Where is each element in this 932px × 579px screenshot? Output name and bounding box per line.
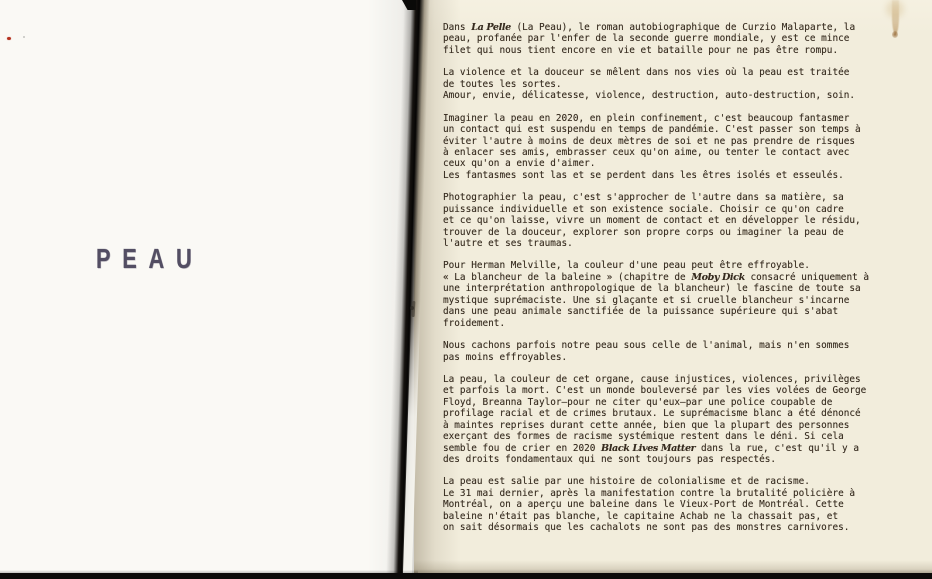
text-line: Dans La Pelle (La Peau), le roman autobi… [443,22,903,33]
paragraph: Imaginer la peau en 2020, en plein confi… [443,113,903,182]
text-line: Nous cachons parfois notre peau sous cel… [443,340,903,351]
paragraph: Nous cachons parfois notre peau sous cel… [443,340,903,363]
text-line: froidement. [443,318,903,329]
text-line: Les fantasmes sont las et se perdent dan… [443,170,903,181]
paragraph: Dans La Pelle (La Peau), le roman autobi… [443,22,903,56]
text-line: Imaginer la peau en 2020, en plein confi… [443,113,903,124]
page-title-stamp: PEAU [96,245,203,273]
page-curl-shadow [414,560,932,573]
text-line: peau, profanée par l'enfer de la seconde… [443,33,903,44]
binding-stitch-knot [410,306,414,310]
gray-speck [23,36,25,38]
text-line: semble fou de crier en 2020 Black Lives … [443,443,903,454]
text-line: on sait désormais que les cachalots ne s… [443,522,903,533]
text-line: à maintes reprises durant cette année, b… [443,420,903,431]
paragraph: La peau est salie par une histoire de co… [443,476,903,533]
paragraph: Pour Herman Melville, la couleur d'une p… [443,260,903,329]
scan-background-edge [0,573,932,579]
text-line: puissance individuelle et son existence … [443,204,903,215]
text-line: exerçant des formes de racisme systémiqu… [443,431,903,442]
text-line: à enlacer ses amis, embrasser ceux qu'on… [443,147,903,158]
text-line: La violence et la douceur se mêlent dans… [443,67,903,78]
text-line: des droits fondamentaux qui ne sont touj… [443,454,903,465]
text-line: Le 31 mai dernier, après la manifestatio… [443,488,903,499]
paragraph: La violence et la douceur se mêlent dans… [443,67,903,101]
text-column: Dans La Pelle (La Peau), le roman autobi… [443,22,903,545]
text-line: baleine n'était pas blanche, le capitain… [443,511,903,522]
text-line: Montréal, on a aperçu une baleine dans l… [443,499,903,510]
text-line: La peau est salie par une histoire de co… [443,476,903,487]
text-line: Floyd, Breanna Taylor—pour ne citer qu'e… [443,397,903,408]
paragraph: Photographier la peau, c'est s'approcher… [443,192,903,249]
text-line: Amour, envie, délicatesse, violence, des… [443,90,903,101]
text-line: éviter l'autre à moins de deux mètres de… [443,136,903,147]
text-line: l'autre et ses traumas. [443,238,903,249]
text-line: trouver de la douceur, explorer son prop… [443,227,903,238]
text-line: dans une peau animale sanctifiée de la p… [443,306,903,317]
red-ink-speck [7,37,11,40]
text-line: Photographier la peau, c'est s'approcher… [443,192,903,203]
text-line: de toutes les sortes. [443,79,903,90]
text-line: Pour Herman Melville, la couleur d'une p… [443,260,903,271]
text-line: et ce qu'on laisse, vivre un moment de c… [443,215,903,226]
text-line: pas moins effroyables. [443,352,903,363]
text-line: mystique suprémaciste. Une si glaçante e… [443,295,903,306]
paragraph: La peau, la couleur de cet organe, cause… [443,374,903,466]
book-spread-photo: PEAU Dans La Pelle (La Peau), le roman a… [0,0,932,579]
text-line: et parfois la mort. C'est un monde boule… [443,385,903,396]
text-line: une interprétation anthropologique de la… [443,283,903,294]
text-line: La peau, la couleur de cet organe, cause… [443,374,903,385]
text-line: un contact qui est suspendu en temps de … [443,124,903,135]
left-page: PEAU [0,0,418,574]
text-line: filet qui nous tient encore en vie et ba… [443,45,903,56]
text-line: ceux qu'on a envie d'aimer. [443,158,903,169]
text-line: profilage racial et de crimes brutaux. L… [443,408,903,419]
text-line: « La blancheur de la baleine » (chapitre… [443,272,903,283]
